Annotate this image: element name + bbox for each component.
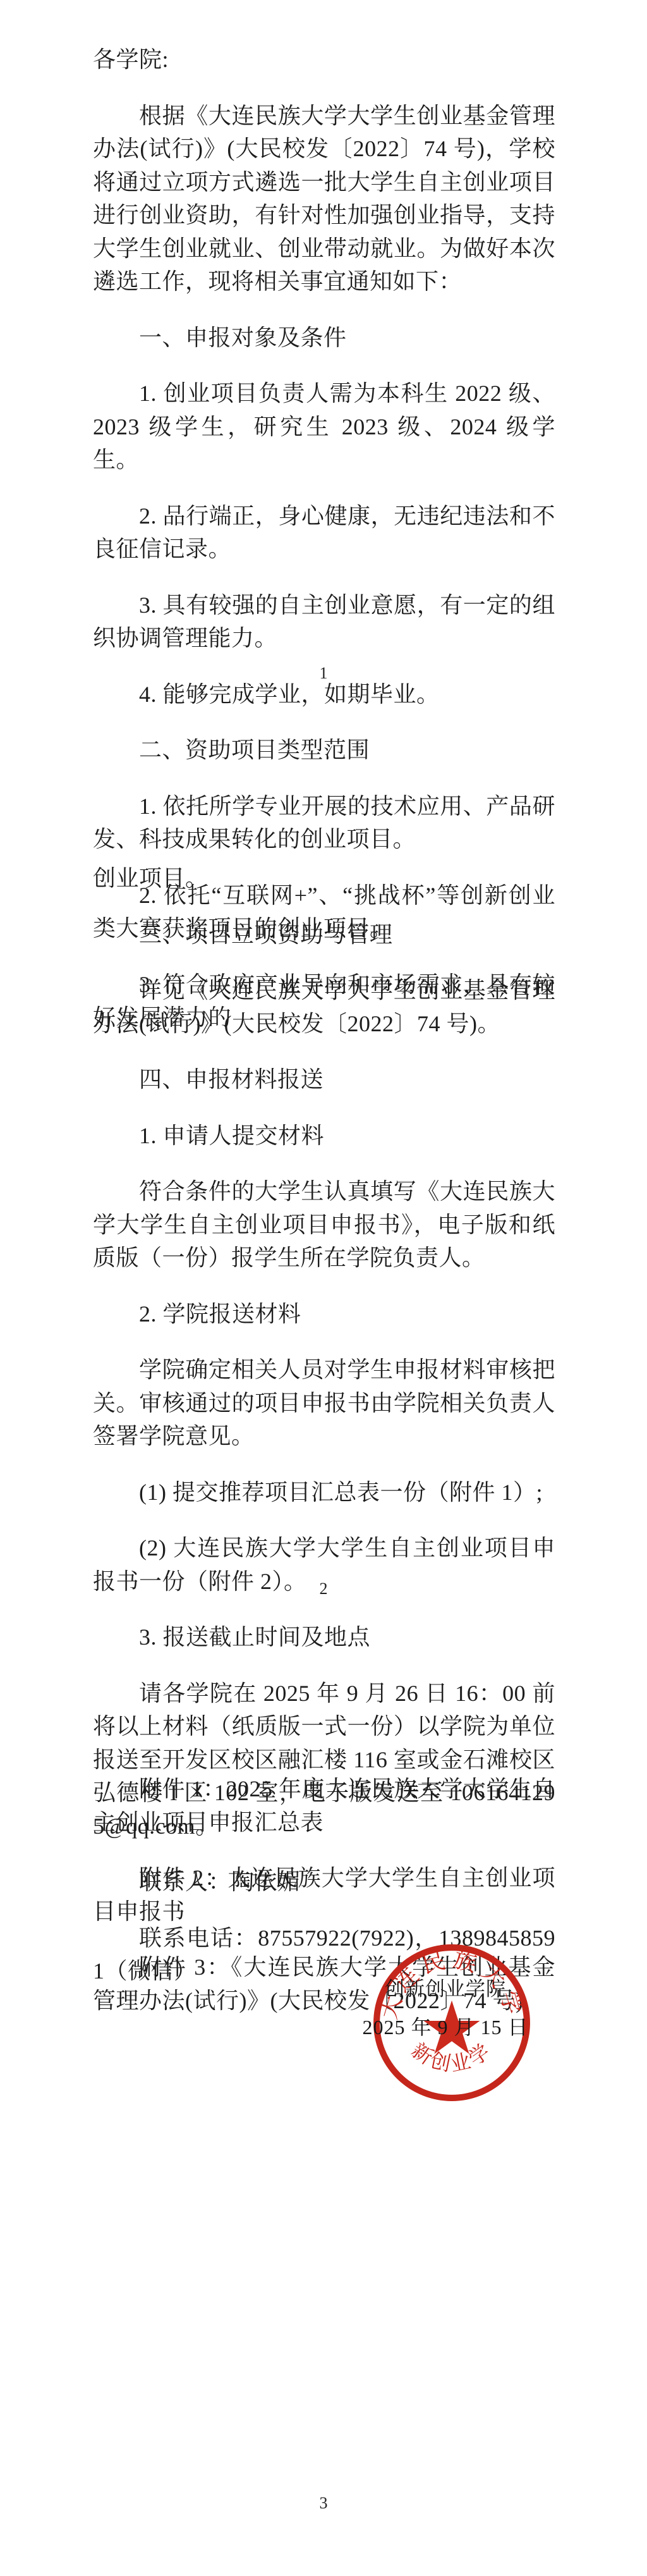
paragraph: 1. 申请人提交材料 xyxy=(93,1119,555,1153)
paragraph: 根据《大连民族大学大学生创业基金管理办法(试行)》(大民校发〔2022〕74 号… xyxy=(93,99,555,298)
page-number-3: 3 xyxy=(0,2494,647,2513)
paragraph: 学院确定相关人员对学生申报材料审核把关。审核通过的项目申报书由学院相关负责人签署… xyxy=(93,1353,555,1453)
paragraph: 四、申报材料报送 xyxy=(93,1063,555,1096)
paragraph: 1. 创业项目负责人需为本科生 2022 级、2023 级学生，研究生 2023… xyxy=(93,377,555,477)
signature-department: 创新创业学院 xyxy=(351,1973,540,2001)
signature-date: 2025 年 9 月 15 日 xyxy=(351,2011,540,2040)
paragraph: 2. 品行端正，身心健康，无违纪违法和不良征信记录。 xyxy=(93,500,555,566)
paragraph: 详见《大连民族大学大学生创业基金管理办法(试行)》(大民校发〔2022〕74 号… xyxy=(93,974,555,1040)
attachment-line: 附件 2：大连民族大学大学生自主创业项目申报书 xyxy=(93,1861,555,1928)
paragraph: 符合条件的大学生认真填写《大连民族大学大学生自主创业项目申报书》，电子版和纸质版… xyxy=(93,1175,555,1275)
paragraph: 三、项目立项资助与管理 xyxy=(93,918,555,952)
paragraph: 各学院: xyxy=(93,43,555,77)
page-number-2: 2 xyxy=(0,1579,647,1598)
paragraph: 创业项目。 xyxy=(93,862,555,895)
notice-document: { "document": { "background": "#ffffff",… xyxy=(0,0,647,2576)
attachment-line: 附件 1：2025 年度大连民族大学大学生自主创业项目申报汇总表 xyxy=(93,1772,555,1839)
paragraph: 2. 学院报送材料 xyxy=(93,1297,555,1331)
page-number-1: 1 xyxy=(0,664,647,683)
paragraph: 二、资助项目类型范围 xyxy=(93,733,555,767)
paragraph: 3. 具有较强的自主创业意愿，有一定的组织协调管理能力。 xyxy=(93,589,555,655)
paragraph: 一、申报对象及条件 xyxy=(93,321,555,355)
paragraph: 3. 报送截止时间及地点 xyxy=(93,1621,555,1654)
paragraph: (1) 提交推荐项目汇总表一份（附件 1）; xyxy=(93,1476,555,1509)
